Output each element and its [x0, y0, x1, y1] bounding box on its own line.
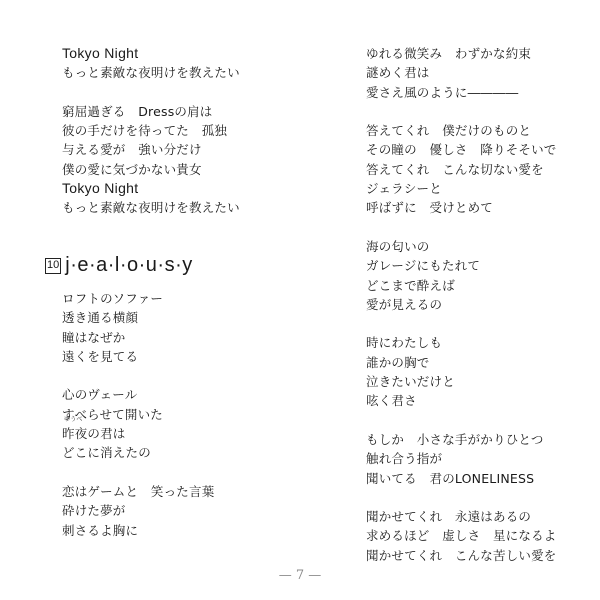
lyric-line: Tokyo Night: [62, 44, 342, 63]
lyric-line: 刺さるよ胸に: [62, 521, 342, 540]
lyric-line: 誰かの胸で: [366, 353, 596, 372]
lyric-line: Tokyo Night: [62, 179, 342, 198]
lyric-line: もっと素敵な夜明けを教えたい: [62, 198, 342, 217]
lyric-line: 心のヴェール: [62, 385, 342, 404]
lyric-line: もっと素敵な夜明けを教えたい: [62, 63, 342, 82]
lyric-line: 答えてくれ 僕だけのものと: [366, 121, 596, 140]
lyric-text: の君は: [87, 426, 125, 441]
lyric-line: ジェラシーと: [366, 179, 596, 198]
song-title: j·e·a·l·o·u·s·y: [65, 254, 193, 277]
lyric-line: 聞かせてくれ 永遠はあるの: [366, 507, 596, 526]
lyric-line: 呼ばずに 受けとめて: [366, 198, 596, 217]
lyric-line: 瞳はなぜか: [62, 328, 342, 347]
lyric-line: すべらせて開いた: [62, 405, 342, 424]
lyric-line: ゆうべ 昨夜の君は: [62, 424, 342, 443]
lyric-line: 僕の愛に気づかない貴女: [62, 160, 342, 179]
ruby-text: ゆうべ: [64, 417, 83, 423]
ruby-annotated-word: ゆうべ 昨夜: [62, 424, 87, 443]
lyric-line: 謎めく君は: [366, 63, 596, 82]
lyric-line: 海の匂いの: [366, 237, 596, 256]
song-lyrics-left: ロフトのソファー 透き通る横顔 瞳はなぜか 遠くを見てる 心のヴェール すべらせ…: [62, 289, 342, 540]
page-number: — 7 —: [0, 568, 600, 583]
lyric-line: 触れ合う指が: [366, 449, 596, 468]
lyric-line: どこに消えたの: [62, 443, 342, 462]
lyric-line: ゆれる微笑み わずかな約束: [366, 44, 596, 63]
lyric-line: 遠くを見てる: [62, 347, 342, 366]
lyric-line: 窮屈過ぎる Dressの肩は: [62, 102, 342, 121]
lyric-line: 愛が見えるの: [366, 295, 596, 314]
lyric-line: 与える愛が 強い分だけ: [62, 140, 342, 159]
lyric-line: 彼の手だけを待ってた 孤独: [62, 121, 342, 140]
lyric-line: もしか 小さな手がかりひとつ: [366, 430, 596, 449]
lyric-line: ロフトのソファー: [62, 289, 342, 308]
lyric-line: 透き通る横顔: [62, 308, 342, 327]
lyric-line: 呟く君さ: [366, 391, 596, 410]
lyric-line: どこまで酔えば: [366, 276, 596, 295]
song-heading: 10 j·e·a·l·o·u·s·y: [45, 254, 193, 277]
lyric-line: 砕けた夢が: [62, 501, 342, 520]
lyric-line: 恋はゲームと 笑った言葉: [62, 482, 342, 501]
left-column: Tokyo Night もっと素敵な夜明けを教えたい 窮屈過ぎる Dressの肩…: [62, 44, 342, 218]
lyric-line: 泣きたいだけと: [366, 372, 596, 391]
lyric-line: その瞳の 優しさ 降りそそいで: [366, 140, 596, 159]
lyric-line: ガレージにもたれて: [366, 256, 596, 275]
lyric-line: 答えてくれ こんな切ない愛を: [366, 160, 596, 179]
right-column: ゆれる微笑み わずかな約束 謎めく君は 愛さえ風のように―――― 答えてくれ 僕…: [366, 44, 596, 565]
lyric-line: 聞いてる 君のLONELINESS: [366, 469, 596, 488]
track-number-badge: 10: [45, 258, 61, 274]
lyric-line: 聞かせてくれ こんな苦しい愛を: [366, 546, 596, 565]
lyric-line: 愛さえ風のように――――: [366, 83, 596, 102]
lyric-line: 求めるほど 虚しさ 星になるよ: [366, 526, 596, 545]
lyric-line: 時にわたしも: [366, 333, 596, 352]
ruby-base: 昨夜: [62, 426, 87, 441]
